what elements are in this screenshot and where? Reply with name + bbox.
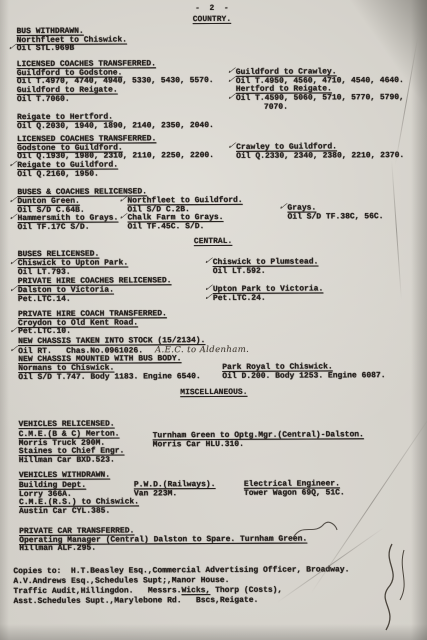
doc-heading-line: VEHICLES RELICENSED. [19,421,115,430]
doc-block: ✓Chiswick to Upton Park.Oil LT.793.✓Chis… [0,258,427,260]
doc-column: ✓Crawley to Guildford.Oil Q.2330, 2340, … [236,143,404,161]
doc-column: Turnham Green to Optg.Mgr.(Central)-Dals… [153,431,364,450]
doc-column: ✓Dunton Green.Oil S/D C.64B.✓Hammersmith… [17,197,118,232]
tick-mark: ✓ [8,326,19,336]
doc-block: Copies to: H.T.Beasley Esq.,Commercial A… [1,565,427,567]
doc-block: VEHICLES RELICENSED. [1,419,427,421]
tick-mark: ✓ [7,258,18,268]
tick-mark: ✓ [8,345,19,355]
pen-flourish [290,518,340,544]
tick-mark: ✓ [7,160,18,170]
doc-column: ✓Guildford to Crawley.✓Oil T.4950, 4560,… [236,68,404,112]
tick-mark: ✓ [7,213,18,223]
doc-column: PRIVATE HIRE COACH TRANSFERRED.Croydon t… [18,310,167,337]
doc-column: ✓Upton Park to Victoria.✓Pet.LTC.24. [213,285,324,303]
tick-mark: ✓ [226,142,237,152]
doc-line: Oil Q.2160, 1950. [17,170,214,180]
doc-line: Hillman Car BXD.523. [19,457,125,466]
doc-block: NEW CHASSIS TAKEN INTO STOCK (15/2134).✓… [0,336,427,338]
doc-column: ✓Chiswick to Upton Park.Oil LT.793. [18,259,129,277]
tick-mark: ✓ [8,285,19,295]
doc-block: C.M.E.(B & C) Merton.Morris Truck 290M.S… [1,429,427,431]
tick-mark: ✓ [117,213,128,223]
doc-block: VEHICLES WITHDRAWN. [1,470,427,472]
doc-column: VEHICLES WITHDRAWN. [19,472,110,481]
doc-column: Electrical Engineer.Tower Wagon 69Q, 51C… [244,480,345,498]
doc-column: ✓Dalston to Victoria.Pet.LTC.14. [18,287,114,305]
doc-column: ✓Northfleet to Guildford.Oil S/D C.2B.✓C… [127,197,242,232]
doc-column: ✓Chiswick to Plumstead.Oil LT.592. [213,258,319,276]
doc-line: 7070. [236,103,404,113]
doc-block: BUSES & COACHES RELICENSED. [0,187,426,189]
doc-column: C.M.E.(B & C) Merton.Morris Truck 290M.S… [19,430,125,465]
doc-column: Normans to Chiswick.Oil S/D T.747. Body … [18,364,201,382]
page-number: - 2 - [0,4,425,15]
tick-mark: ✓ [202,257,213,267]
tick-mark: ✓ [226,93,237,103]
doc-block: Building Dept.Lorry 366A.C.M.E.(R.S.) to… [1,480,427,482]
doc-column: VEHICLES RELICENSED. [19,421,115,430]
doc-line: Oil TF.45C. S/D. [127,223,242,232]
doc-block: BUS WITHDRAWN.Northfleet to Chiswick.✓Oi… [0,26,425,28]
doc-column: LICENSED COACHES TRANSFERRED.Guildford t… [17,60,214,105]
doc-block: Reigate to Hertford.Oil Q.2030, 1940, 18… [0,112,426,114]
tick-mark: ✓ [117,195,128,205]
country-heading: COUNTRY. [0,15,425,26]
doc-line: Oil TF.17C S/D. [17,224,118,233]
central-heading: CENTRAL. [0,237,427,248]
doc-block: LICENSED COACHES TRANSFERRED.Guildford t… [0,59,426,61]
doc-column: Park Royal to Chiswick.Oil D.200. Body 1… [222,363,385,381]
doc-line: Oil Q.2330, 2340, 2380, 2210, 2370. [236,152,404,162]
doc-line: Van 223M. [134,490,216,499]
tick-mark: ✓ [203,293,214,303]
doc-column: LICENSED COACHES TRANSFERRED.Godstone to… [17,135,214,180]
doc-block: ✓Dalston to Victoria.Pet.LTC.14.✓Upton P… [0,285,427,287]
doc-block: LICENSED COACHES TRANSFERRED.Godstone to… [0,134,426,136]
pen-scribble [370,540,416,635]
doc-line: ✓Oil STL.969B [17,45,127,54]
document-page: - 2 - COUNTRY. CENTRAL. MISCELLANEOUS. B… [0,0,427,640]
doc-column: BUS WITHDRAWN.Northfleet to Chiswick.✓Oi… [16,27,127,54]
miscellaneous-heading: MISCELLANEOUS. [0,388,427,399]
doc-line: Hillman ALF.295. [19,544,307,554]
tick-mark: ✓ [226,76,237,86]
typewritten-content: - 2 - COUNTRY. CENTRAL. MISCELLANEOUS. B… [0,0,427,640]
doc-column: P.W.D.(Railways).Van 223M. [134,481,216,499]
doc-line: Tower Wagon 69Q, 51C. [244,489,345,498]
tick-mark: ✓ [277,203,288,213]
doc-column: PRIVATE CAR TRANSFERRED.Operating Manage… [19,527,307,555]
tick-mark: ✓ [7,196,18,206]
tick-mark: ✓ [6,43,17,53]
doc-line: Austin Car CYL.385. [19,508,139,517]
doc-block: ✓Dunton Green.Oil S/D C.64B.✓Hammersmith… [0,196,426,198]
doc-line: Oil LT.592. [213,267,319,276]
doc-column: ✓Grays.Oil S/D TF.38C, 56C. [287,204,383,222]
doc-line: Oil Q.2030, 1940, 1890, 2140, 2350, 2040… [17,122,214,132]
doc-block: PRIVATE HIRE COACH TRANSFERRED.Croydon t… [0,309,427,311]
doc-block: BUSES RELICENSED. [0,249,427,251]
doc-line: Oil S/D TF.38C, 56C. [287,213,383,222]
doc-line: Oil T.7060. [17,95,214,105]
doc-line: Oil D.200. Body 1253. Engine 6087. [222,372,385,382]
doc-block: PRIVATE CAR TRANSFERRED.Operating Manage… [1,526,427,528]
doc-block: Normans to Chiswick.Oil S/D T.747. Body … [0,363,427,365]
doc-column: Reigate to Hertford.Oil Q.2030, 1940, 18… [17,113,214,131]
doc-line: Oil S/D T.747. Body 1183. Engine 6540. [18,373,200,383]
doc-line: Asst.Schedules Supt.,Marylebone Rd. Bscs… [13,595,349,607]
document-body: BUS WITHDRAWN.Northfleet to Chiswick.✓Oi… [0,0,425,1]
doc-line: ✓Pet.LTC.24. [213,294,323,303]
doc-heading-line: VEHICLES WITHDRAWN. [19,472,110,481]
doc-line: Pet.LTC.14. [18,295,114,304]
doc-line: Morris Car HLU.310. [153,440,364,450]
doc-column: Building Dept.Lorry 366A.C.M.E.(R.S.) to… [19,481,139,516]
